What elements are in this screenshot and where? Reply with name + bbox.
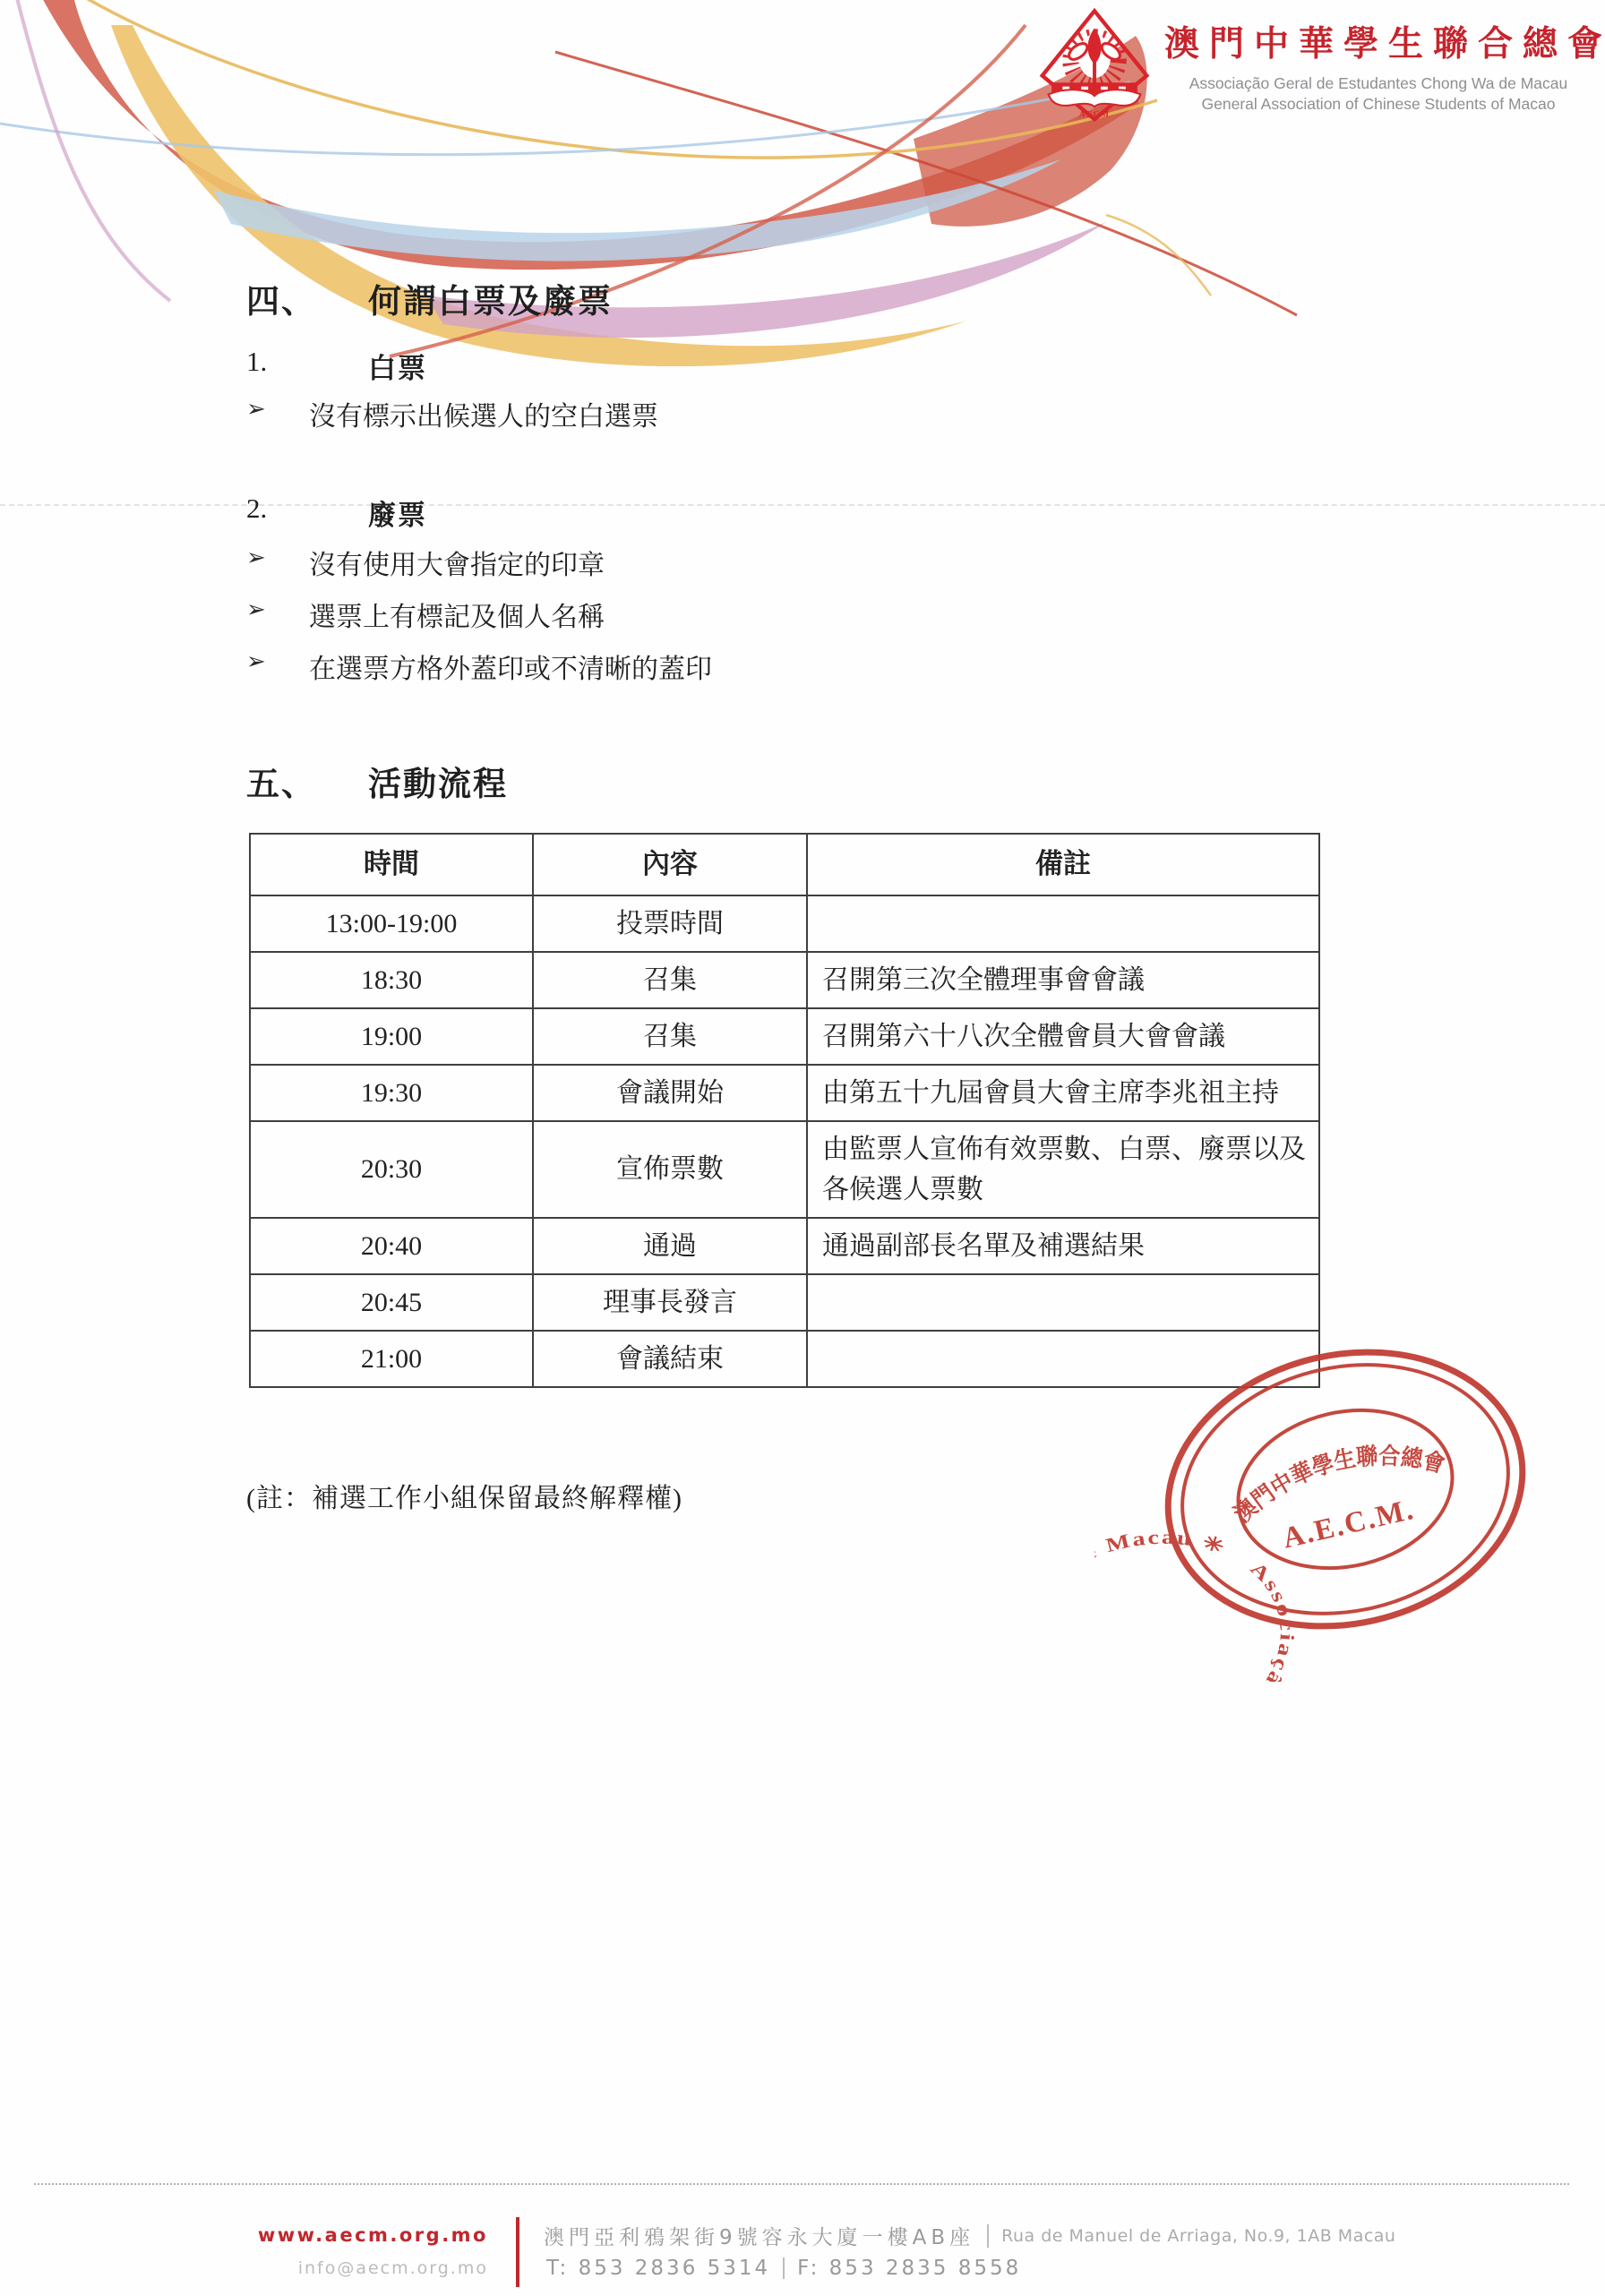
section4-number: 四、 [246, 274, 368, 322]
org-name-portuguese: Associação Geral de Estudantes Chong Wa … [1164, 74, 1592, 93]
cell-time: 19:00 [250, 1008, 533, 1065]
cell-time: 13:00-19:00 [250, 895, 533, 952]
cell-content: 通過 [533, 1218, 807, 1274]
stamp-abbreviation: A.E.C.M. [1280, 1494, 1418, 1555]
table-row: 20:30 宣佈票數 由監票人宣佈有效票數、白票、廢票以及各候選人票數 [250, 1121, 1319, 1218]
col-header-time: 時間 [250, 834, 533, 895]
footer-phone: T: 853 2836 5314 [546, 2257, 770, 2280]
footer-divider [34, 2183, 1569, 2185]
item2-number: 2. [246, 493, 368, 533]
bullet-text: 在選票方格外蓋印或不清晰的蓋印 [309, 647, 712, 686]
section5-heading: 五、 活動流程 [246, 757, 508, 805]
bullet-item: ➢ 沒有標示出候選人的空白選票 [246, 394, 658, 433]
org-name-chinese: 澳門中華學生聯合總會 [1164, 16, 1592, 66]
cell-content: 投票時間 [533, 895, 807, 952]
col-header-remarks: 備註 [807, 834, 1319, 895]
cell-time: 20:45 [250, 1274, 533, 1331]
footer-red-bar [516, 2217, 519, 2287]
arrow-bullet-icon: ➢ [246, 394, 309, 433]
cell-content: 會議結束 [533, 1331, 807, 1387]
cell-time: 19:30 [250, 1065, 533, 1121]
footer-address-row: 澳門亞利鴉架街9號容永大廈一樓AB座 Rua de Manuel de Arri… [544, 2221, 1395, 2250]
table-row: 20:40 通過 通過副部長名單及補選結果 [250, 1218, 1319, 1274]
item2-title: 廢票 [368, 493, 427, 533]
logo-abbr-text: AECM [1079, 110, 1110, 120]
cell-time: 18:30 [250, 952, 533, 1008]
bullet-item: ➢ 選票上有標記及個人名稱 [246, 595, 605, 634]
schedule-table: 時間 內容 備註 13:00-19:00 投票時間 18:30 召集 召開第三次… [249, 833, 1320, 1388]
section4-heading: 四、 何謂白票及廢票 [246, 274, 613, 322]
item2-heading: 2. 廢票 [246, 493, 427, 533]
arrow-bullet-icon: ➢ [246, 647, 309, 686]
bullet-item: ➢ 沒有使用大會指定的印章 [246, 543, 605, 582]
footer-fax: F: 853 2835 8558 [797, 2257, 1021, 2280]
cell-remarks [807, 895, 1319, 952]
item1-title: 白票 [368, 346, 427, 386]
col-header-content: 內容 [533, 834, 807, 895]
arrow-bullet-icon: ➢ [246, 543, 309, 582]
association-logo: AECM [1028, 4, 1161, 129]
section5-title: 活動流程 [368, 757, 508, 805]
bullet-text: 沒有使用大會指定的印章 [309, 543, 605, 582]
section4-title: 何謂白票及廢票 [368, 274, 613, 322]
scan-artifact-line [0, 504, 1605, 506]
cell-content: 會議開始 [533, 1065, 807, 1121]
footer-address-separator [987, 2224, 989, 2248]
table-header-row: 時間 內容 備註 [250, 834, 1319, 895]
bullet-text: 沒有標示出候選人的空白選票 [309, 394, 658, 433]
footer-phone-separator [783, 2257, 785, 2279]
footer-email: info@aecm.org.mo [215, 2258, 488, 2278]
footer-address-english: Rua de Manuel de Arriaga, No.9, 1AB Maca… [1001, 2226, 1395, 2246]
cell-content: 召集 [533, 952, 807, 1008]
table-row: 18:30 召集 召開第三次全體理事會會議 [250, 952, 1319, 1008]
cell-remarks: 召開第六十八次全體會員大會會議 [807, 1008, 1319, 1065]
footer-phone-row: T: 853 2836 5314 F: 853 2835 8558 [546, 2257, 1021, 2280]
footnote: (註：補選工作小組保留最終解釋權) [246, 1476, 682, 1515]
table-row: 19:30 會議開始 由第五十九屆會員大會主席李兆祖主持 [250, 1065, 1319, 1121]
footer-address-chinese: 澳門亞利鴉架街9號容永大廈一樓AB座 [544, 2221, 974, 2250]
org-name-english: General Association of Chinese Students … [1164, 95, 1592, 114]
org-title-block: 澳門中華學生聯合總會 Associação Geral de Estudante… [1164, 16, 1592, 114]
association-stamp: Associação Geral de Estudantes Chong Wa … [1094, 1306, 1596, 1682]
footer: www.aecm.org.mo info@aecm.org.mo 澳門亞利鴉架街… [0, 2212, 1605, 2296]
cell-content: 召集 [533, 1008, 807, 1065]
item1-heading: 1. 白票 [246, 346, 427, 386]
cell-remarks: 由監票人宣佈有效票數、白票、廢票以及各候選人票數 [807, 1121, 1319, 1218]
footer-website: www.aecm.org.mo [215, 2224, 488, 2246]
bullet-text: 選票上有標記及個人名稱 [309, 595, 605, 634]
scanned-document-page: AECM 澳門中華學生聯合總會 Associação Geral de Estu… [0, 0, 1605, 2296]
arrow-bullet-icon: ➢ [246, 595, 309, 634]
cell-time: 21:00 [250, 1331, 533, 1387]
cell-content: 宣佈票數 [533, 1121, 807, 1218]
cell-content: 理事長發言 [533, 1274, 807, 1331]
cell-remarks: 通過副部長名單及補選結果 [807, 1218, 1319, 1274]
cell-remarks: 由第五十九屆會員大會主席李兆祖主持 [807, 1065, 1319, 1121]
table-row: 13:00-19:00 投票時間 [250, 895, 1319, 952]
table-row: 19:00 召集 召開第六十八次全體會員大會會議 [250, 1008, 1319, 1065]
cell-remarks: 召開第三次全體理事會會議 [807, 952, 1319, 1008]
section5-number: 五、 [246, 757, 368, 805]
item1-number: 1. [246, 346, 368, 386]
cell-time: 20:40 [250, 1218, 533, 1274]
bullet-item: ➢ 在選票方格外蓋印或不清晰的蓋印 [246, 647, 712, 686]
cell-time: 20:30 [250, 1121, 533, 1218]
